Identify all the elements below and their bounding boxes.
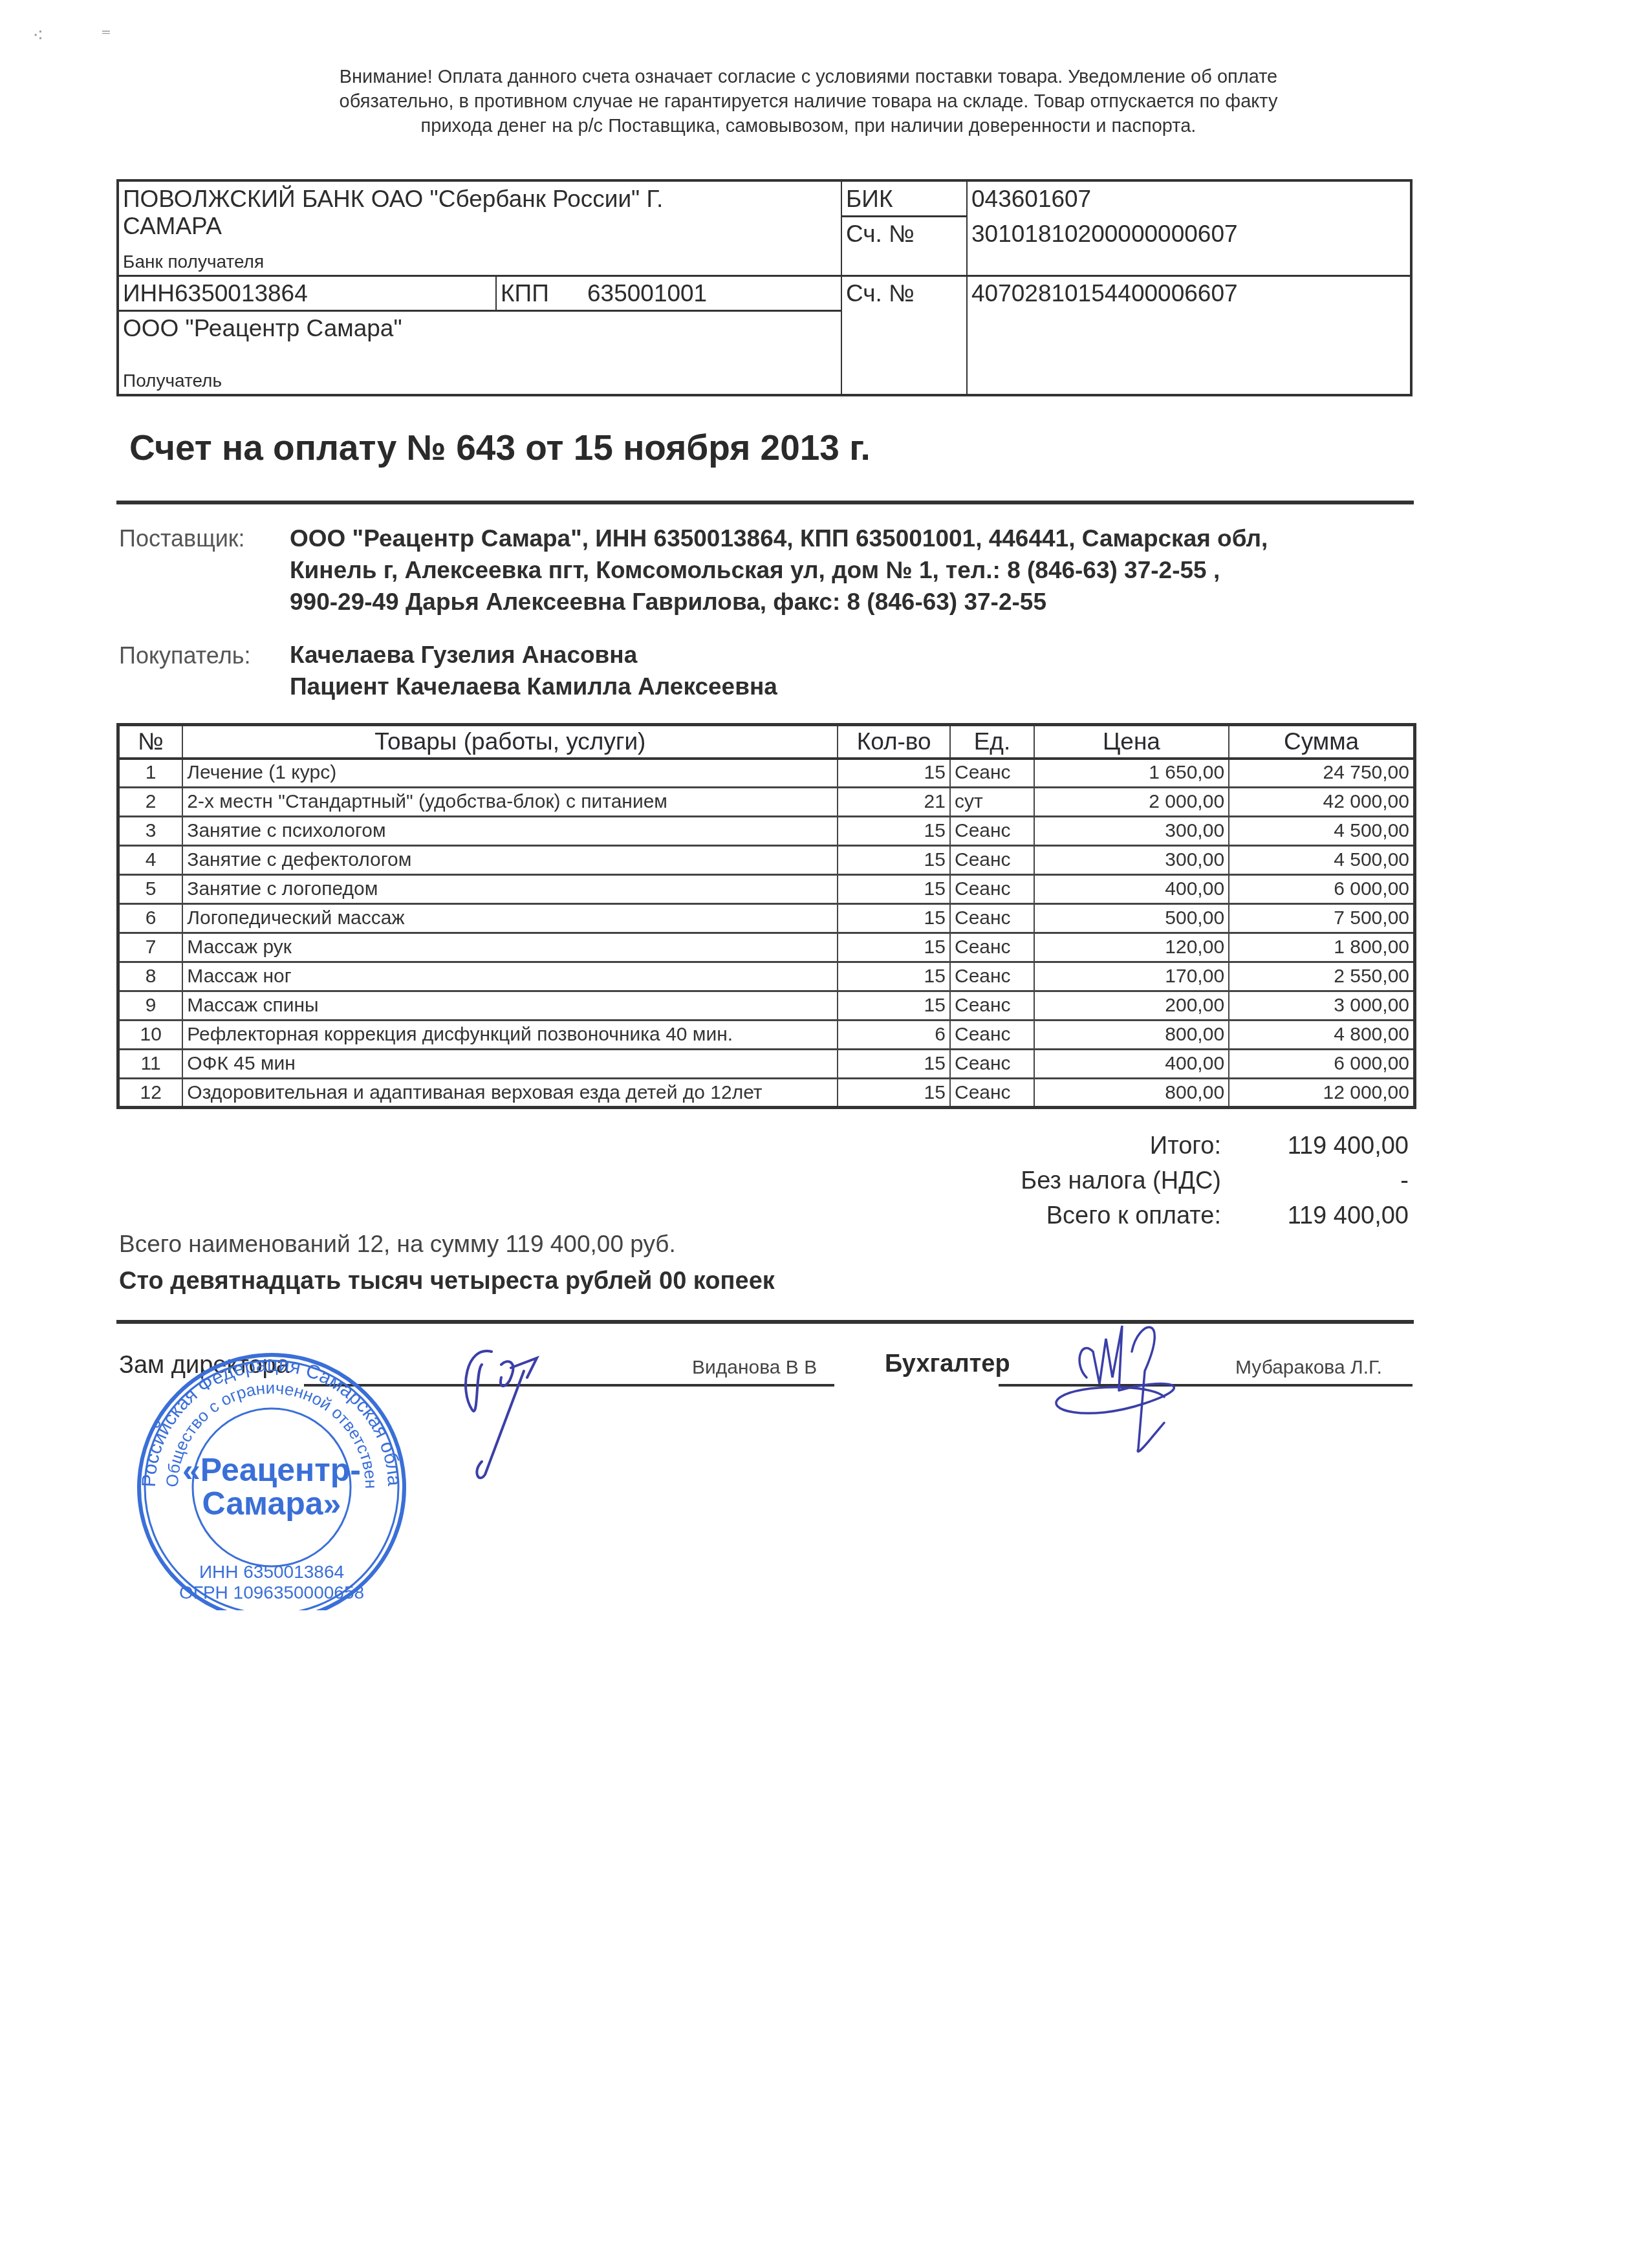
table-row: 22-х местн "Стандартный" (удобства-блок)… xyxy=(118,788,1415,817)
table-row: 1Лечение (1 курс)15Сеанс1 650,0024 750,0… xyxy=(118,759,1415,788)
stamp-inn: ИНН 6350013864 xyxy=(199,1562,344,1582)
corr-account-label: Сч. № xyxy=(842,217,918,252)
row-sum: 6 000,00 xyxy=(1229,1050,1414,1079)
payment-notice: Внимание! Оплата данного счета означает … xyxy=(194,65,1423,138)
row-name: Массаж спины xyxy=(182,991,838,1021)
row-price: 400,00 xyxy=(1034,875,1229,904)
row-number: 4 xyxy=(118,846,183,875)
row-name: Занятие с логопедом xyxy=(182,875,838,904)
row-price: 800,00 xyxy=(1034,1079,1229,1108)
row-price: 400,00 xyxy=(1034,1050,1229,1079)
table-row: 7Массаж рук15Сеанс120,001 800,00 xyxy=(118,933,1415,962)
row-price: 300,00 xyxy=(1034,817,1229,846)
row-qty: 15 xyxy=(838,991,950,1021)
director-signature xyxy=(446,1332,576,1481)
row-price: 200,00 xyxy=(1034,991,1229,1021)
row-qty: 15 xyxy=(838,962,950,991)
row-unit: Сеанс xyxy=(950,1050,1034,1079)
row-sum: 4 500,00 xyxy=(1229,846,1414,875)
row-qty: 15 xyxy=(838,846,950,875)
row-unit: сут xyxy=(950,788,1034,817)
subtotal-row: Итого: 119 400,00 xyxy=(1021,1129,1409,1163)
account-label: Сч. № xyxy=(842,276,918,311)
items-count-summary: Всего наименований 12, на сумму 119 400,… xyxy=(119,1231,676,1258)
table-row: 3Занятие с психологом15Сеанс300,004 500,… xyxy=(118,817,1415,846)
col-header-qty: Кол-во xyxy=(838,725,950,759)
bik-value: 043601607 xyxy=(968,182,1095,217)
row-name: Рефлекторная коррекция дисфункций позвон… xyxy=(182,1021,838,1050)
row-number: 8 xyxy=(118,962,183,991)
total-row: Всего к оплате: 119 400,00 xyxy=(1021,1198,1409,1233)
amount-in-words: Сто девятнадцать тысяч четыреста рублей … xyxy=(119,1268,775,1295)
vat-label: Без налога (НДС) xyxy=(1021,1167,1221,1195)
accountant-label: Бухгалтер xyxy=(885,1350,1010,1378)
inn-value: 6350013864 xyxy=(171,276,312,311)
total-value: 119 400,00 xyxy=(1221,1202,1409,1230)
row-unit: Сеанс xyxy=(950,846,1034,875)
row-unit: Сеанс xyxy=(950,817,1034,846)
row-sum: 6 000,00 xyxy=(1229,875,1414,904)
row-number: 12 xyxy=(118,1079,183,1108)
row-qty: 15 xyxy=(838,875,950,904)
table-row: 6Логопедический массаж15Сеанс500,007 500… xyxy=(118,904,1415,933)
stamp-ogrn: ОГРН 1096350000658 xyxy=(179,1582,364,1603)
total-label: Всего к оплате: xyxy=(1046,1202,1221,1230)
row-unit: Сеанс xyxy=(950,759,1034,788)
table-row: 11ОФК 45 мин15Сеанс400,006 000,00 xyxy=(118,1050,1415,1079)
row-number: 5 xyxy=(118,875,183,904)
subtotal-value: 119 400,00 xyxy=(1221,1132,1409,1160)
vat-row: Без налога (НДС) - xyxy=(1021,1163,1409,1198)
row-unit: Сеанс xyxy=(950,1079,1034,1108)
row-name: Лечение (1 курс) xyxy=(182,759,838,788)
items-table: № Товары (работы, услуги) Кол-во Ед. Цен… xyxy=(116,723,1416,1109)
inn-label: ИНН xyxy=(119,276,179,311)
bank-name: ПОВОЛЖСКИЙ БАНК ОАО "Сбербанк России" Г.… xyxy=(119,182,837,244)
row-number: 3 xyxy=(118,817,183,846)
col-header-sum: Сумма xyxy=(1229,725,1414,759)
row-sum: 3 000,00 xyxy=(1229,991,1414,1021)
row-qty: 15 xyxy=(838,817,950,846)
kpp-value: 635001001 xyxy=(583,276,711,311)
supplier-label: Поставщик: xyxy=(119,525,245,552)
col-header-goods: Товары (работы, услуги) xyxy=(182,725,838,759)
company-stamp: Российская Федерация Самарская область г… xyxy=(110,1339,433,1610)
row-number: 7 xyxy=(118,933,183,962)
row-sum: 4 500,00 xyxy=(1229,817,1414,846)
row-price: 120,00 xyxy=(1034,933,1229,962)
row-unit: Сеанс xyxy=(950,962,1034,991)
corr-account-value: 30101810200000000607 xyxy=(968,217,1242,252)
table-row: 4Занятие с дефектологом15Сеанс300,004 50… xyxy=(118,846,1415,875)
accountant-signature xyxy=(1035,1313,1242,1462)
table-row: 5Занятие с логопедом15Сеанс400,006 000,0… xyxy=(118,875,1415,904)
table-row: 9Массаж спины15Сеанс200,003 000,00 xyxy=(118,991,1415,1021)
accountant-name: Мубаракова Л.Г. xyxy=(1235,1357,1382,1379)
row-price: 170,00 xyxy=(1034,962,1229,991)
recipient-caption: Получатель xyxy=(119,367,226,395)
title-divider xyxy=(116,501,1414,504)
row-name: Занятие с дефектологом xyxy=(182,846,838,875)
row-name: Логопедический массаж xyxy=(182,904,838,933)
director-name: Виданова В В xyxy=(692,1357,817,1379)
row-unit: Сеанс xyxy=(950,933,1034,962)
row-number: 1 xyxy=(118,759,183,788)
row-qty: 15 xyxy=(838,933,950,962)
row-name: Занятие с психологом xyxy=(182,817,838,846)
notice-line: Внимание! Оплата данного счета означает … xyxy=(194,65,1423,89)
stamp-center-line2: Самара» xyxy=(202,1485,341,1522)
stamp-center-line1: «Реацентр- xyxy=(182,1452,361,1488)
row-unit: Сеанс xyxy=(950,991,1034,1021)
row-unit: Сеанс xyxy=(950,904,1034,933)
row-name: Массаж ног xyxy=(182,962,838,991)
row-qty: 15 xyxy=(838,759,950,788)
account-value: 40702810154400006607 xyxy=(968,276,1242,311)
row-number: 6 xyxy=(118,904,183,933)
row-qty: 21 xyxy=(838,788,950,817)
buyer-details: Качелаева Гузелия Анасовна Пациент Качел… xyxy=(290,639,777,702)
row-sum: 24 750,00 xyxy=(1229,759,1414,788)
table-header: № Товары (работы, услуги) Кол-во Ед. Цен… xyxy=(118,725,1415,759)
row-sum: 42 000,00 xyxy=(1229,788,1414,817)
row-number: 10 xyxy=(118,1021,183,1050)
invoice-title: Счет на оплату № 643 от 15 ноября 2013 г… xyxy=(129,427,871,468)
row-sum: 7 500,00 xyxy=(1229,904,1414,933)
row-unit: Сеанс xyxy=(950,1021,1034,1050)
table-row: 12Оздоровительная и адаптиваная верховая… xyxy=(118,1079,1415,1108)
row-qty: 15 xyxy=(838,904,950,933)
row-sum: 2 550,00 xyxy=(1229,962,1414,991)
kpp-label: КПП xyxy=(497,276,553,311)
row-sum: 1 800,00 xyxy=(1229,933,1414,962)
row-name: ОФК 45 мин xyxy=(182,1050,838,1079)
row-unit: Сеанс xyxy=(950,875,1034,904)
subtotal-label: Итого: xyxy=(1150,1132,1221,1160)
row-name: 2-х местн "Стандартный" (удобства-блок) … xyxy=(182,788,838,817)
row-price: 2 000,00 xyxy=(1034,788,1229,817)
buyer-label: Покупатель: xyxy=(119,642,250,669)
row-qty: 15 xyxy=(838,1050,950,1079)
row-number: 2 xyxy=(118,788,183,817)
row-name: Массаж рук xyxy=(182,933,838,962)
row-price: 1 650,00 xyxy=(1034,759,1229,788)
row-number: 11 xyxy=(118,1050,183,1079)
row-number: 9 xyxy=(118,991,183,1021)
col-header-number: № xyxy=(118,725,183,759)
row-price: 500,00 xyxy=(1034,904,1229,933)
notice-line: прихода денег на р/с Поставщика, самовыв… xyxy=(194,114,1423,138)
col-header-price: Цена xyxy=(1034,725,1229,759)
col-header-unit: Ед. xyxy=(950,725,1034,759)
row-sum: 12 000,00 xyxy=(1229,1079,1414,1108)
row-price: 800,00 xyxy=(1034,1021,1229,1050)
row-name: Оздоровительная и адаптиваная верховая е… xyxy=(182,1079,838,1108)
row-sum: 4 800,00 xyxy=(1229,1021,1414,1050)
bank-details-table: ПОВОЛЖСКИЙ БАНК ОАО "Сбербанк России" Г.… xyxy=(116,179,1413,396)
vat-value: - xyxy=(1221,1167,1409,1195)
table-row: 8Массаж ног15Сеанс170,002 550,00 xyxy=(118,962,1415,991)
notice-line: обязательно, в противном случае не гаран… xyxy=(194,89,1423,114)
bank-caption: Банк получателя xyxy=(119,248,268,276)
supplier-details: ООО "Реацентр Самара", ИНН 6350013864, К… xyxy=(290,523,1268,618)
bik-label: БИК xyxy=(842,182,896,217)
row-qty: 6 xyxy=(838,1021,950,1050)
table-row: 10Рефлекторная коррекция дисфункций позв… xyxy=(118,1021,1415,1050)
recipient-name: ООО "Реацентр Самара" xyxy=(119,311,406,346)
row-qty: 15 xyxy=(838,1079,950,1108)
totals-block: Итого: 119 400,00 Без налога (НДС) - Все… xyxy=(1021,1129,1409,1233)
row-price: 300,00 xyxy=(1034,846,1229,875)
scan-artifact: ⁖ ⁼ xyxy=(32,25,137,47)
